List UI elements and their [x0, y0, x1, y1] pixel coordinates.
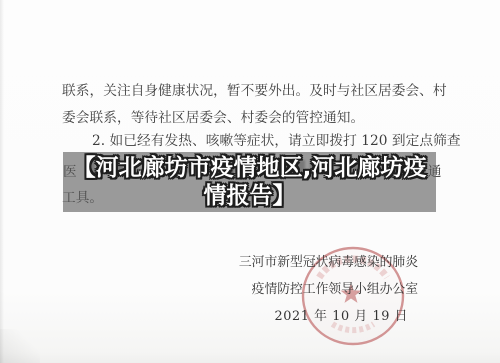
photo-left-edge-shadow [0, 0, 4, 363]
body-line-2: 委会联系，等待社区居委会、村委会的管控通知。 [62, 111, 364, 126]
document-photo: 联系，关注自身健康状况，暂不要外出。及时与社区居委会、村 委会联系，等待社区居委… [0, 0, 500, 363]
photo-corner-shadow [0, 329, 40, 363]
signature-office-line-2: 疫情防控工作领导小组办公室 [252, 283, 418, 297]
body-line-1: 联系，关注自身健康状况，暂不要外出。及时与社区居委会、村 [62, 84, 447, 99]
body-line-3: 2. 如已经有发热、咳嗽等症状，请立即拨打 120 到定点筛查 [92, 134, 461, 149]
signature-office-line-1: 三河市新型冠状病毒感染的肺炎 [239, 256, 418, 270]
caption-title: 【河北廊坊市疫情地区,河北廊坊疫情报告】 [63, 154, 436, 210]
signature-date: 2021 年 10 月 19 日 [275, 310, 408, 324]
caption-banner: 【河北廊坊市疫情地区,河北廊坊疫情报告】 [63, 152, 436, 212]
